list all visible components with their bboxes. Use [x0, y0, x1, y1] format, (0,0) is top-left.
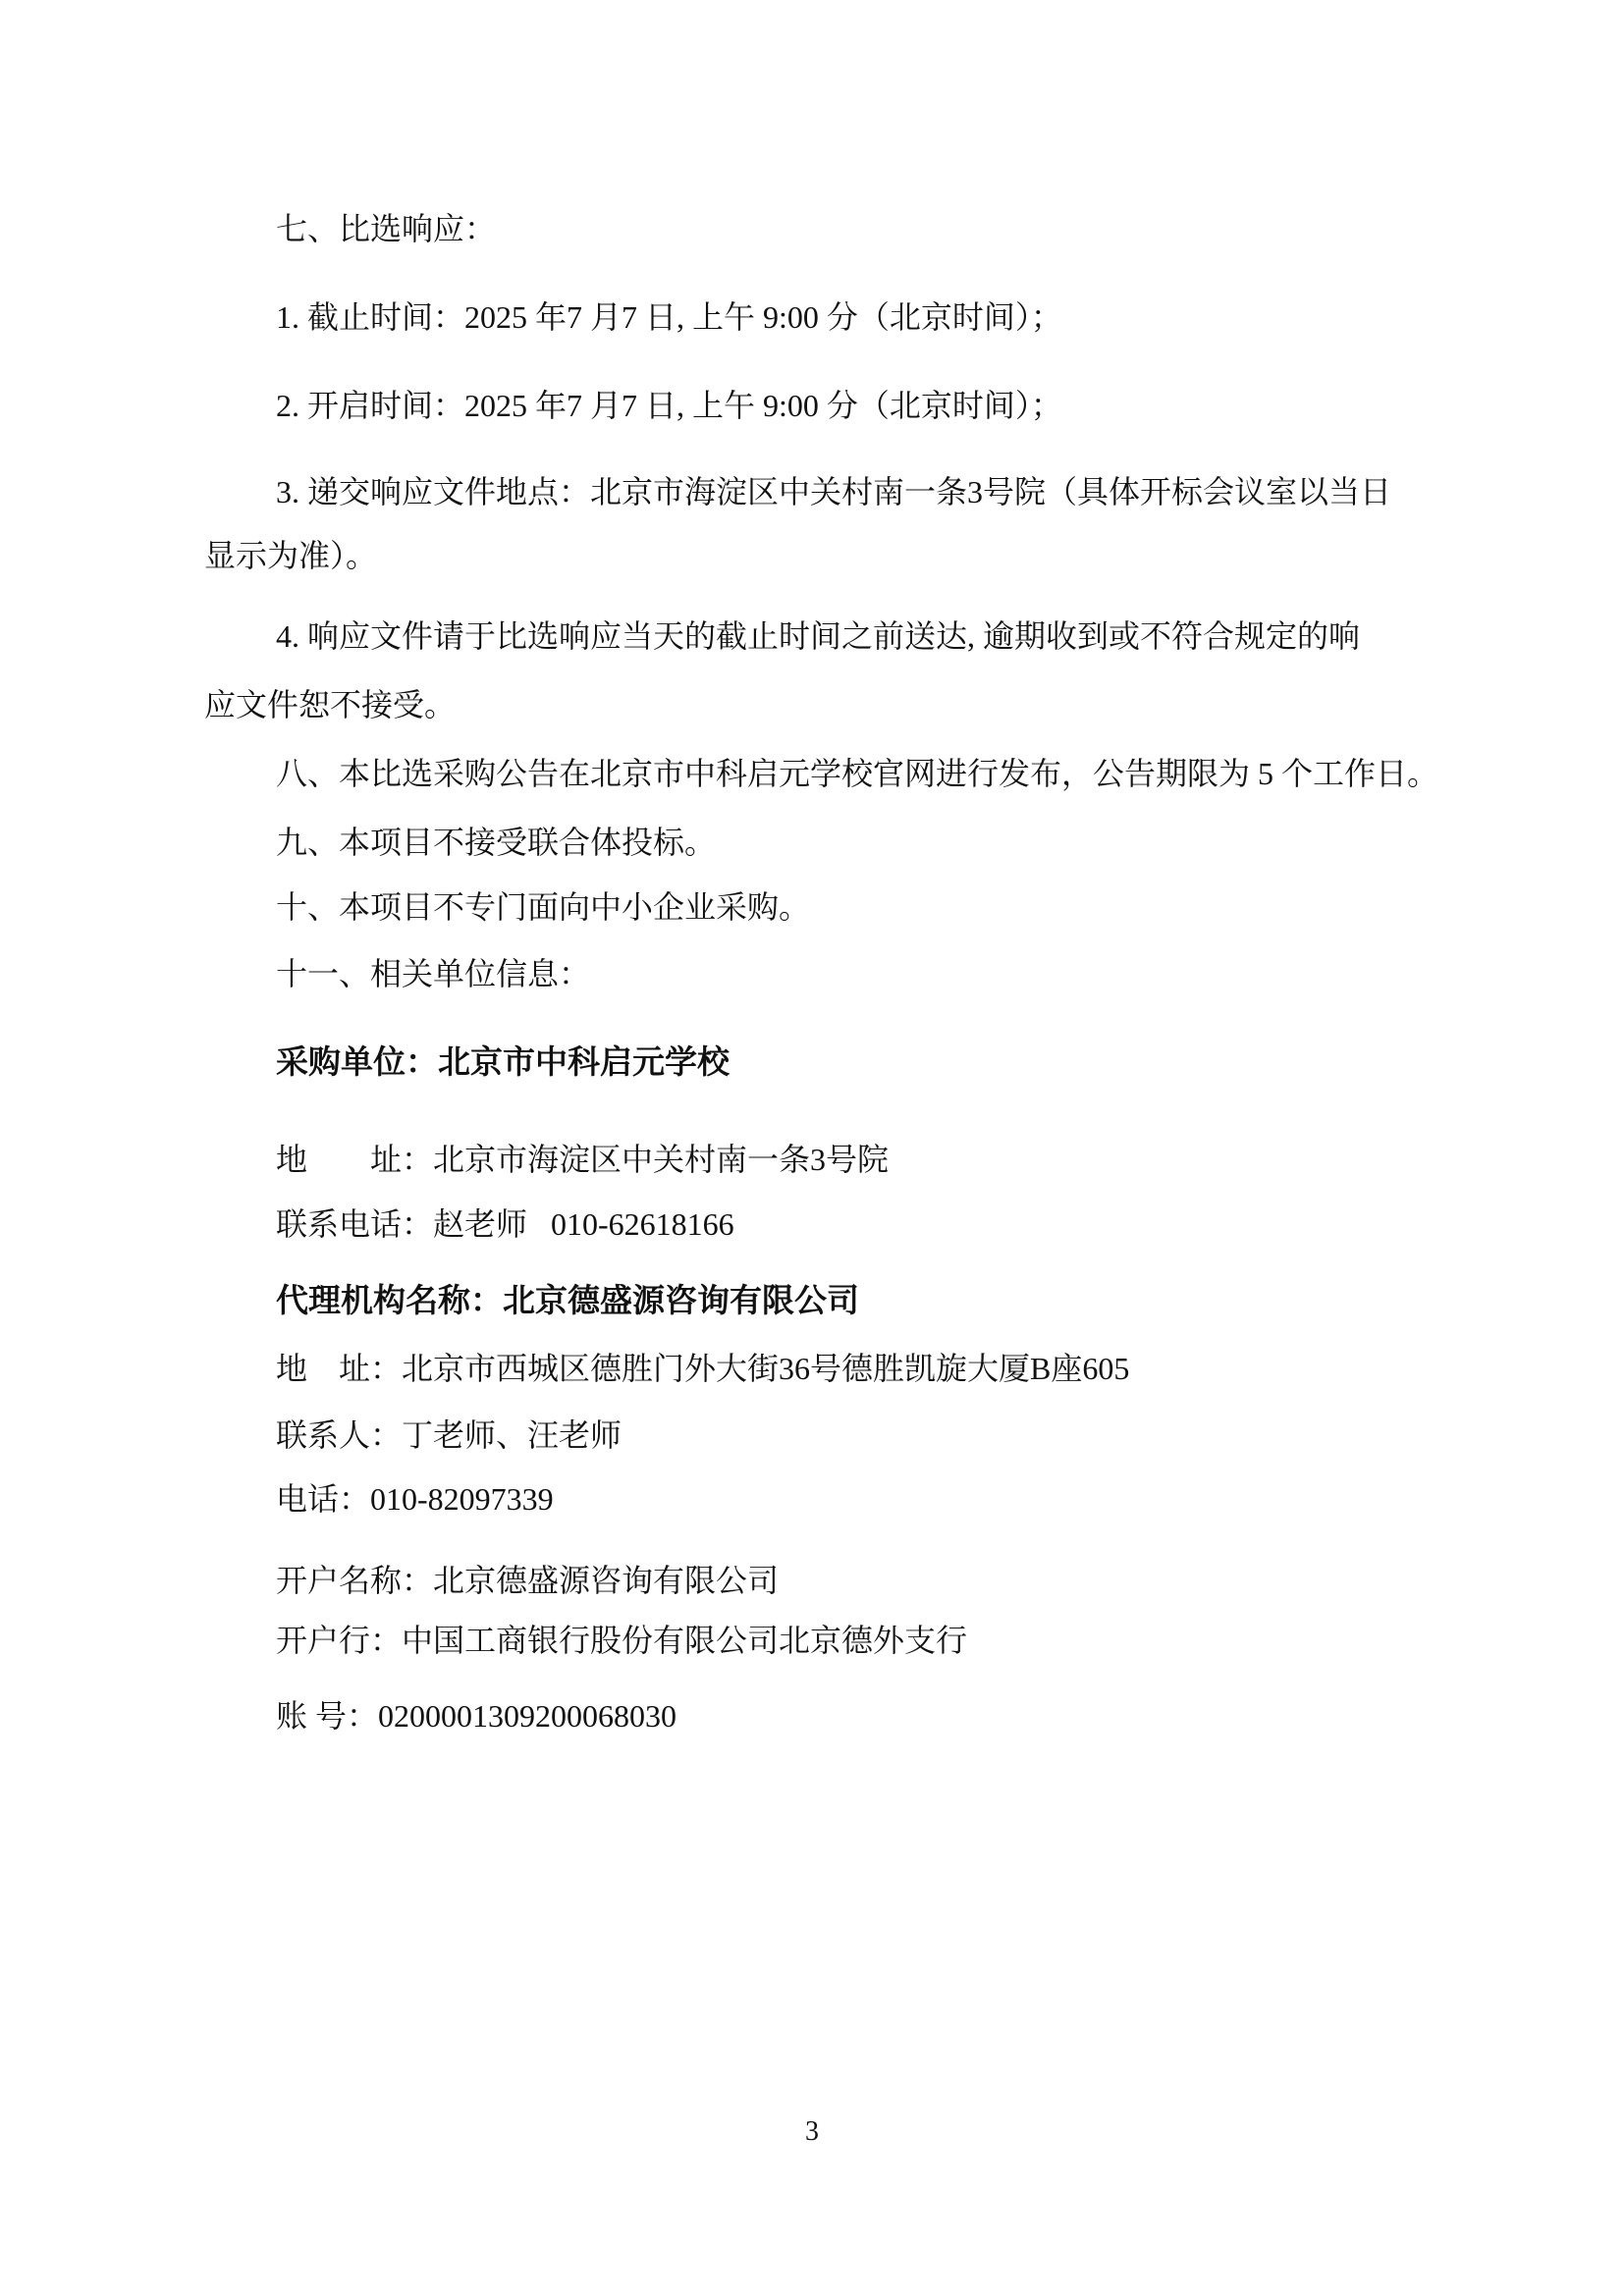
agency-phone: 电话：010-82097339: [276, 1479, 554, 1519]
section-10-sme-note: 十、本项目不专门面向中小企业采购。: [276, 887, 810, 927]
agency-title: 代理机构名称：北京德盛源咨询有限公司: [276, 1282, 859, 1321]
item-1-deadline-time: 1. 截止时间：2025 年7 月7 日, 上午 9:00 分（北京时间）；: [276, 297, 1062, 337]
agency-account-name: 开户名称：北京德盛源咨询有限公司: [276, 1561, 779, 1600]
agency-contact-person: 联系人：丁老师、汪老师: [276, 1415, 622, 1455]
item-4-response-rule-line2: 应文件恕不接受。: [204, 685, 456, 724]
page-number: 3: [0, 2116, 1624, 2148]
agency-account-number: 账 号：0200001309200068030: [276, 1696, 677, 1735]
section-8-announcement: 八、本比选采购公告在北京市中科启元学校官网进行发布，公告期限为 5 个工作日。: [276, 754, 1438, 793]
item-3-delivery-place-line2: 显示为准）。: [204, 536, 377, 575]
document-page: 七、比选响应： 1. 截止时间：2025 年7 月7 日, 上午 9:00 分（…: [0, 0, 1624, 2296]
item-4-response-rule-line1: 4. 响应文件请于比选响应当天的截止时间之前送达, 逾期收到或不符合规定的响: [276, 616, 1360, 656]
section-7-heading: 七、比选响应：: [276, 209, 496, 248]
section-9-no-consortium: 九、本项目不接受联合体投标。: [276, 823, 716, 862]
agency-bank: 开户行：中国工商银行股份有限公司北京德外支行: [276, 1621, 967, 1660]
purchaser-address: 地 址：北京市海淀区中关村南一条3号院: [276, 1140, 889, 1179]
item-2-opening-time: 2. 开启时间：2025 年7 月7 日, 上午 9:00 分（北京时间）；: [276, 386, 1062, 425]
agency-address: 地 址：北京市西城区德胜门外大街36号德胜凯旋大厦B座605: [276, 1349, 1129, 1388]
purchaser-phone: 联系电话：赵老师 010-62618166: [276, 1204, 734, 1244]
item-3-delivery-place-line1: 3. 递交响应文件地点：北京市海淀区中关村南一条3号院（具体开标会议室以当日: [276, 472, 1391, 511]
purchaser-title: 采购单位：北京市中科启元学校: [276, 1043, 730, 1083]
section-11-heading: 十一、相关单位信息：: [276, 954, 590, 993]
